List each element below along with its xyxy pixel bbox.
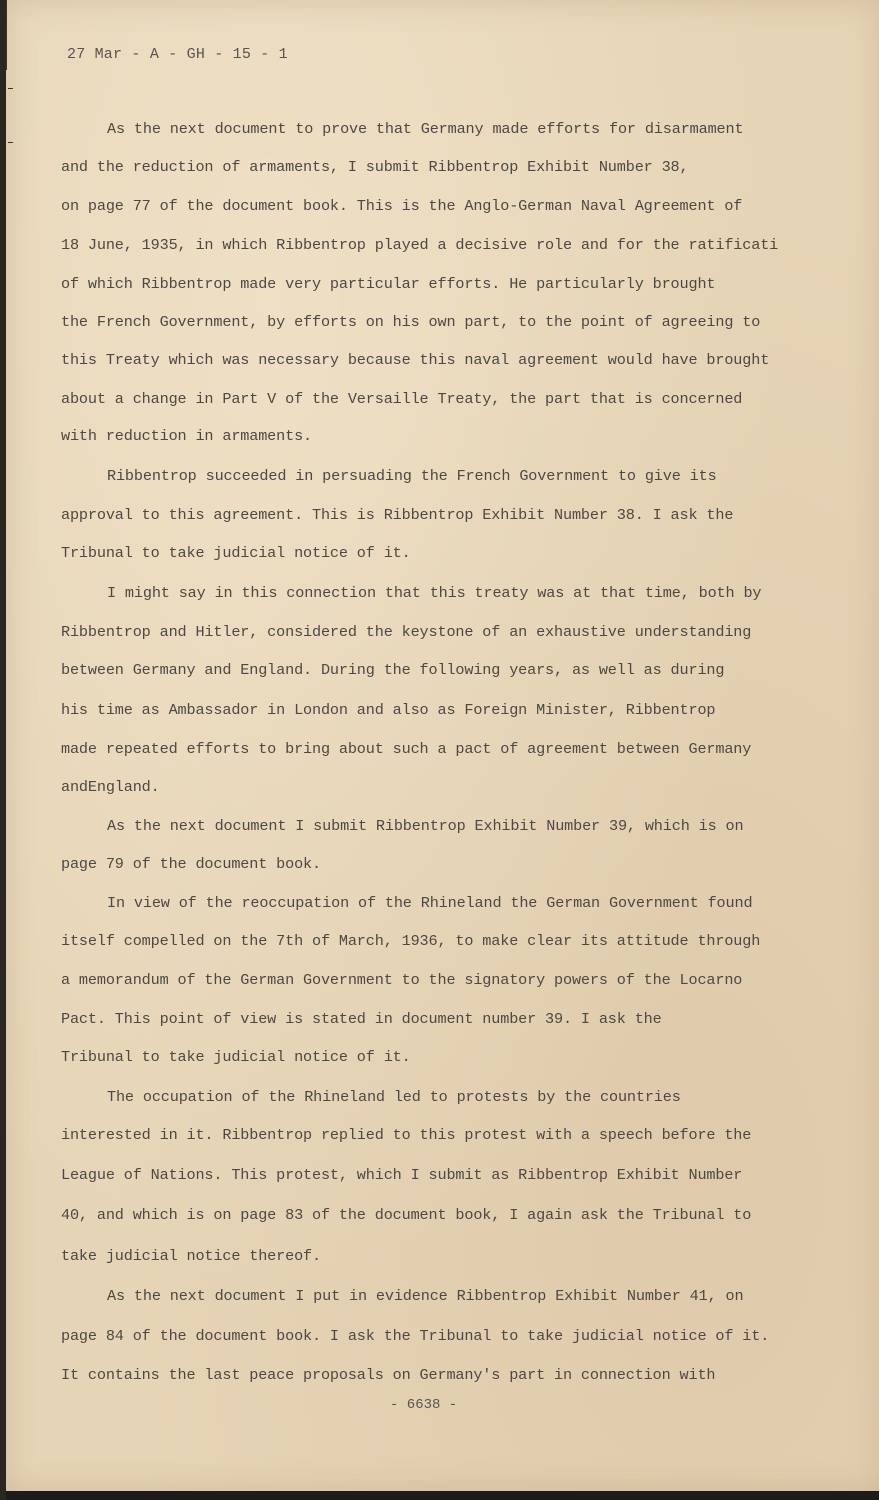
text-line: interested in it. Ribbentrop replied to … — [61, 1126, 751, 1144]
text-line: Tribunal to take judicial notice of it. — [61, 544, 411, 562]
text-line: and the reduction of armaments, I submit… — [61, 158, 688, 176]
text-line: The occupation of the Rhineland led to p… — [107, 1088, 681, 1106]
text-line: 40, and which is on page 83 of the docum… — [61, 1206, 751, 1224]
text-line: page 79 of the document book. — [61, 855, 321, 873]
text-line: with reduction in armaments. — [61, 427, 312, 445]
text-line: take judicial notice thereof. — [61, 1247, 321, 1265]
typewritten-page: 27 Mar - A - GH - 15 - 1 As the next doc… — [6, 0, 879, 1491]
page-number: - 6638 - — [390, 1397, 457, 1413]
text-line: made repeated efforts to bring about suc… — [61, 740, 751, 758]
text-line: Pact. This point of view is stated in do… — [61, 1010, 662, 1028]
text-line: a memorandum of the German Government to… — [61, 971, 742, 989]
text-line: In view of the reoccupation of the Rhine… — [107, 894, 752, 912]
text-line: page 84 of the document book. I ask the … — [61, 1327, 769, 1345]
document-reference-header: 27 Mar - A - GH - 15 - 1 — [67, 46, 288, 63]
text-line: on page 77 of the document book. This is… — [61, 197, 742, 215]
text-line: of which Ribbentrop made very particular… — [61, 275, 715, 293]
text-line: itself compelled on the 7th of March, 19… — [61, 932, 760, 950]
text-line: As the next document I submit Ribbentrop… — [107, 817, 743, 835]
text-line: As the next document I put in evidence R… — [107, 1287, 743, 1305]
margin-mark — [8, 142, 13, 143]
text-line: between Germany and England. During the … — [61, 661, 724, 679]
text-line: I might say in this connection that this… — [107, 584, 761, 602]
text-line: As the next document to prove that Germa… — [107, 120, 743, 138]
text-line: approval to this agreement. This is Ribb… — [61, 506, 733, 524]
text-line: 18 June, 1935, in which Ribbentrop playe… — [61, 236, 778, 254]
page-crease — [6, 0, 9, 70]
text-line: Ribbentrop and Hitler, considered the ke… — [61, 623, 751, 641]
text-line: andEngland. — [61, 778, 160, 796]
text-line: this Treaty which was necessary because … — [61, 351, 769, 369]
text-line: It contains the last peace proposals on … — [61, 1366, 715, 1384]
text-line: about a change in Part V of the Versaill… — [61, 390, 742, 408]
text-line: Tribunal to take judicial notice of it. — [61, 1048, 411, 1066]
text-line: the French Government, by efforts on his… — [61, 313, 760, 331]
text-line: League of Nations. This protest, which I… — [61, 1166, 742, 1184]
text-line: Ribbentrop succeeded in persuading the F… — [107, 467, 717, 485]
margin-mark — [8, 88, 13, 89]
text-line: his time as Ambassador in London and als… — [61, 701, 715, 719]
